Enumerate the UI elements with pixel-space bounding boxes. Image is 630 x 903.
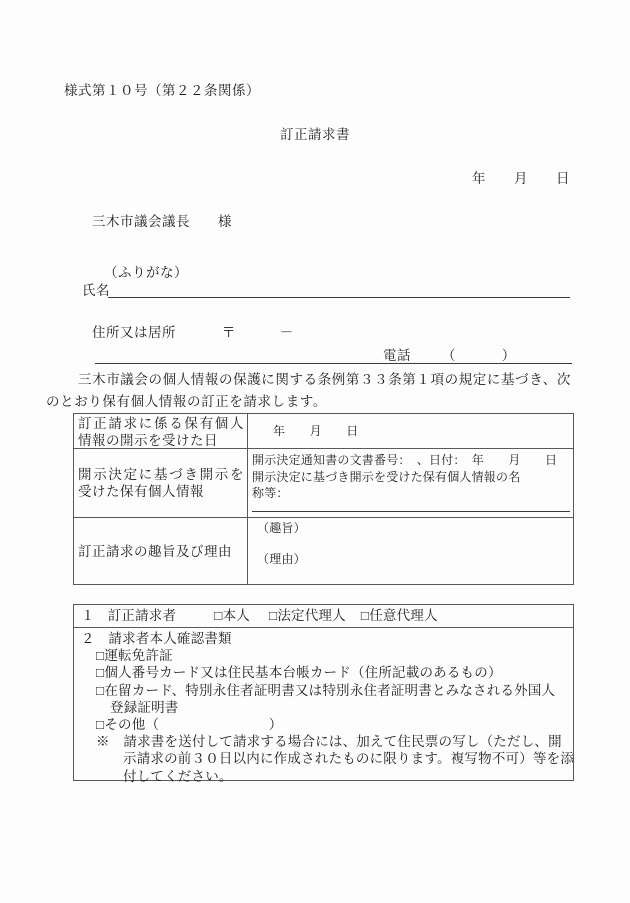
- identity-document-item: □運転免許証: [74, 647, 573, 664]
- option-label: 法定代理人: [277, 608, 346, 623]
- option-voluntary-representative: □任意代理人: [361, 608, 438, 623]
- postal-mark: 〒: [222, 325, 236, 342]
- section-text-line: 付してください。: [74, 768, 573, 785]
- line-text: 登録証明書: [110, 700, 179, 715]
- purpose-reason-text: （趣旨） （理由）: [248, 518, 573, 568]
- line-text: 付してください。: [123, 769, 233, 784]
- identity-document-item: □在留カード、特別永住者証明書又は特別永住者証明書とみなされる外国人: [74, 682, 573, 699]
- furigana-label: （ふりがな）: [104, 265, 188, 282]
- postal-code-dash: －: [280, 325, 294, 342]
- line-text: 示請求の前３０日以内に作成されたものに限ります。複写物不可）等を添: [123, 751, 574, 766]
- checkbox-icon[interactable]: □: [214, 608, 222, 623]
- option-label: 本人: [223, 608, 250, 623]
- line-text: 個人番号カード又は住民基本台帳カード（住所記載のあるもの）: [104, 665, 501, 680]
- identity-documents-section: ２ 請求者本人確認書類□運転免許証□個人番号カード又は住民基本台帳カード（住所記…: [74, 628, 573, 785]
- table-row-disclosed-info: 開示決定に基づき開示を受けた保有個人情報 開示決定通知書の文書番号： 、日付： …: [74, 449, 573, 518]
- line-text: ※ 請求書を送付して請求する場合には、加えて住民票の写し（ただし、開: [96, 734, 562, 749]
- option-label: 任意代理人: [369, 608, 438, 623]
- address-phone-fill-in-line[interactable]: [95, 363, 572, 364]
- disclosure-date-value: 年 月 日: [248, 414, 573, 448]
- line-text: その他（ ）: [104, 717, 282, 732]
- form-number: 様式第１０号（第２２条関係）: [64, 83, 260, 100]
- line-text: 在留カード、特別永住者証明書又は特別永住者証明書とみなされる外国人: [104, 683, 555, 698]
- option-legal-representative: □法定代理人: [269, 608, 346, 623]
- address-line: 住所又は居所 〒 －: [92, 325, 294, 342]
- requester-type-label: 訂正請求者: [108, 608, 177, 623]
- line-text: 運転免許証: [104, 648, 173, 663]
- name-label: 氏名: [82, 283, 110, 300]
- row-label: 開示決定に基づき開示を受けた保有個人情報: [74, 449, 248, 517]
- section-text-line: ２ 請求者本人確認書類: [74, 630, 573, 647]
- disclosed-info-text: 開示決定通知書の文書番号： 、日付： 年 月 日 開示決定に基づき開示を受けた保…: [248, 449, 573, 502]
- table-row-disclosure-date: 訂正請求に係る保有個人情報の開示を受けた日 年 月 日: [74, 414, 573, 449]
- address-label: 住所又は居所: [92, 325, 176, 340]
- line-text: ２ 請求者本人確認書類: [81, 631, 232, 646]
- info-name-fill-in-line[interactable]: [252, 511, 570, 512]
- checkbox-icon[interactable]: □: [361, 608, 369, 623]
- correction-request-form-page: 様式第１０号（第２２条関係） 訂正請求書 年 月 日 三木市議会議長 様 （ふり…: [0, 0, 630, 903]
- section-text-line: 登録証明書: [74, 699, 573, 716]
- addressee-line: 三木市議会議長 様: [92, 214, 232, 231]
- identity-document-item: □その他（ ）: [74, 716, 573, 733]
- name-fill-in-line[interactable]: [108, 297, 570, 298]
- date-blank-line: 年 月 日: [472, 171, 570, 188]
- purpose-reason-cell: （趣旨） （理由）: [248, 518, 573, 584]
- intro-paragraph: 三木市議会の個人情報の保護に関する条例第３３条第１項の規定に基づき、次のとおり保…: [46, 369, 581, 412]
- page-title: 訂正請求書: [0, 127, 630, 144]
- section-text-line: ※ 請求書を送付して請求する場合には、加えて住民票の写し（ただし、開: [74, 733, 573, 750]
- requester-info-table: １訂正請求者□本人□法定代理人□任意代理人 ２ 請求者本人確認書類□運転免許証□…: [73, 604, 574, 781]
- item-number: １: [81, 608, 95, 623]
- identity-document-item: □個人番号カード又は住民基本台帳カード（住所記載のあるもの）: [74, 664, 573, 681]
- request-details-table: 訂正請求に係る保有個人情報の開示を受けた日 年 月 日 開示決定に基づき開示を受…: [73, 413, 574, 585]
- table-row-purpose-reason: 訂正請求の趣旨及び理由 （趣旨） （理由）: [74, 518, 573, 584]
- option-self: □本人: [214, 608, 250, 623]
- requester-type-row: １訂正請求者□本人□法定代理人□任意代理人: [74, 605, 573, 628]
- disclosed-info-cell: 開示決定通知書の文書番号： 、日付： 年 月 日 開示決定に基づき開示を受けた保…: [248, 449, 573, 517]
- row-label: 訂正請求に係る保有個人情報の開示を受けた日: [74, 414, 248, 448]
- row-label: 訂正請求の趣旨及び理由: [74, 518, 248, 584]
- section-text-line: 示請求の前３０日以内に作成されたものに限ります。複写物不可）等を添: [74, 750, 573, 767]
